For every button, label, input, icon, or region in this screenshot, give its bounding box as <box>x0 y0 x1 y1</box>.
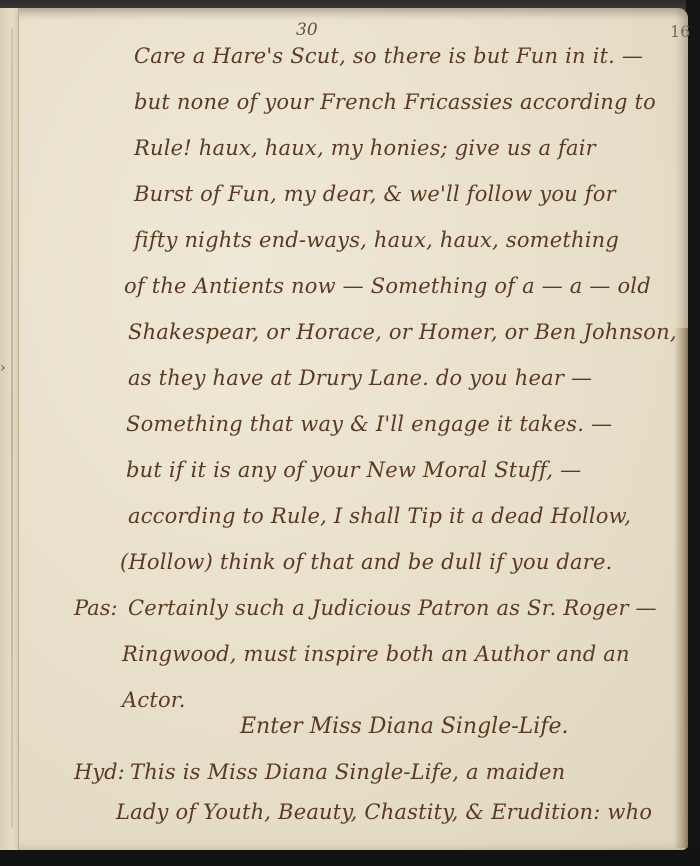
stage-direction: Enter Miss Diana Single-Life. <box>240 714 568 739</box>
manuscript-viewer: › 30 16 Care a Hare's Scut, so there is … <box>0 0 700 866</box>
manuscript-text: Care a Hare's Scut, so there is but Fun … <box>0 8 688 850</box>
book-bottom-edge <box>0 848 700 866</box>
text-line: Rule! haux, haux, my honies; give us a f… <box>134 136 596 160</box>
text-line: Something that way & I'll engage it take… <box>126 412 612 436</box>
text-line: (Hollow) think of that and be dull if yo… <box>120 550 613 574</box>
text-line: Burst of Fun, my dear, & we'll follow yo… <box>134 182 616 206</box>
text-line: but if it is any of your New Moral Stuff… <box>126 458 581 482</box>
text-line: as they have at Drury Lane. do you hear … <box>128 366 592 390</box>
speech-line: Ringwood, must inspire both an Author an… <box>122 642 630 666</box>
speaker-name-pas: Pas: <box>74 596 118 620</box>
book-right-edge <box>686 0 700 866</box>
speech-line: Lady of Youth, Beauty, Chastity, & Erudi… <box>116 800 652 824</box>
text-line: according to Rule, I shall Tip it a dead… <box>128 504 631 528</box>
text-line: fifty nights end-ways, haux, haux, somet… <box>134 228 619 252</box>
text-line: Shakespear, or Horace, or Homer, or Ben … <box>128 320 677 344</box>
speech-line: This is Miss Diana Single-Life, a maiden <box>130 760 565 784</box>
manuscript-page: › 30 16 Care a Hare's Scut, so there is … <box>0 8 688 850</box>
text-line: Care a Hare's Scut, so there is but Fun … <box>134 44 643 68</box>
text-line: but none of your French Fricassies accor… <box>134 90 656 114</box>
text-line: of the Antients now — Something of a — a… <box>124 274 651 298</box>
speech-line: Actor. <box>122 688 186 712</box>
speech-line: Certainly such a Judicious Patron as Sr.… <box>128 596 657 620</box>
speaker-name-hyd: Hyd: <box>74 760 125 784</box>
